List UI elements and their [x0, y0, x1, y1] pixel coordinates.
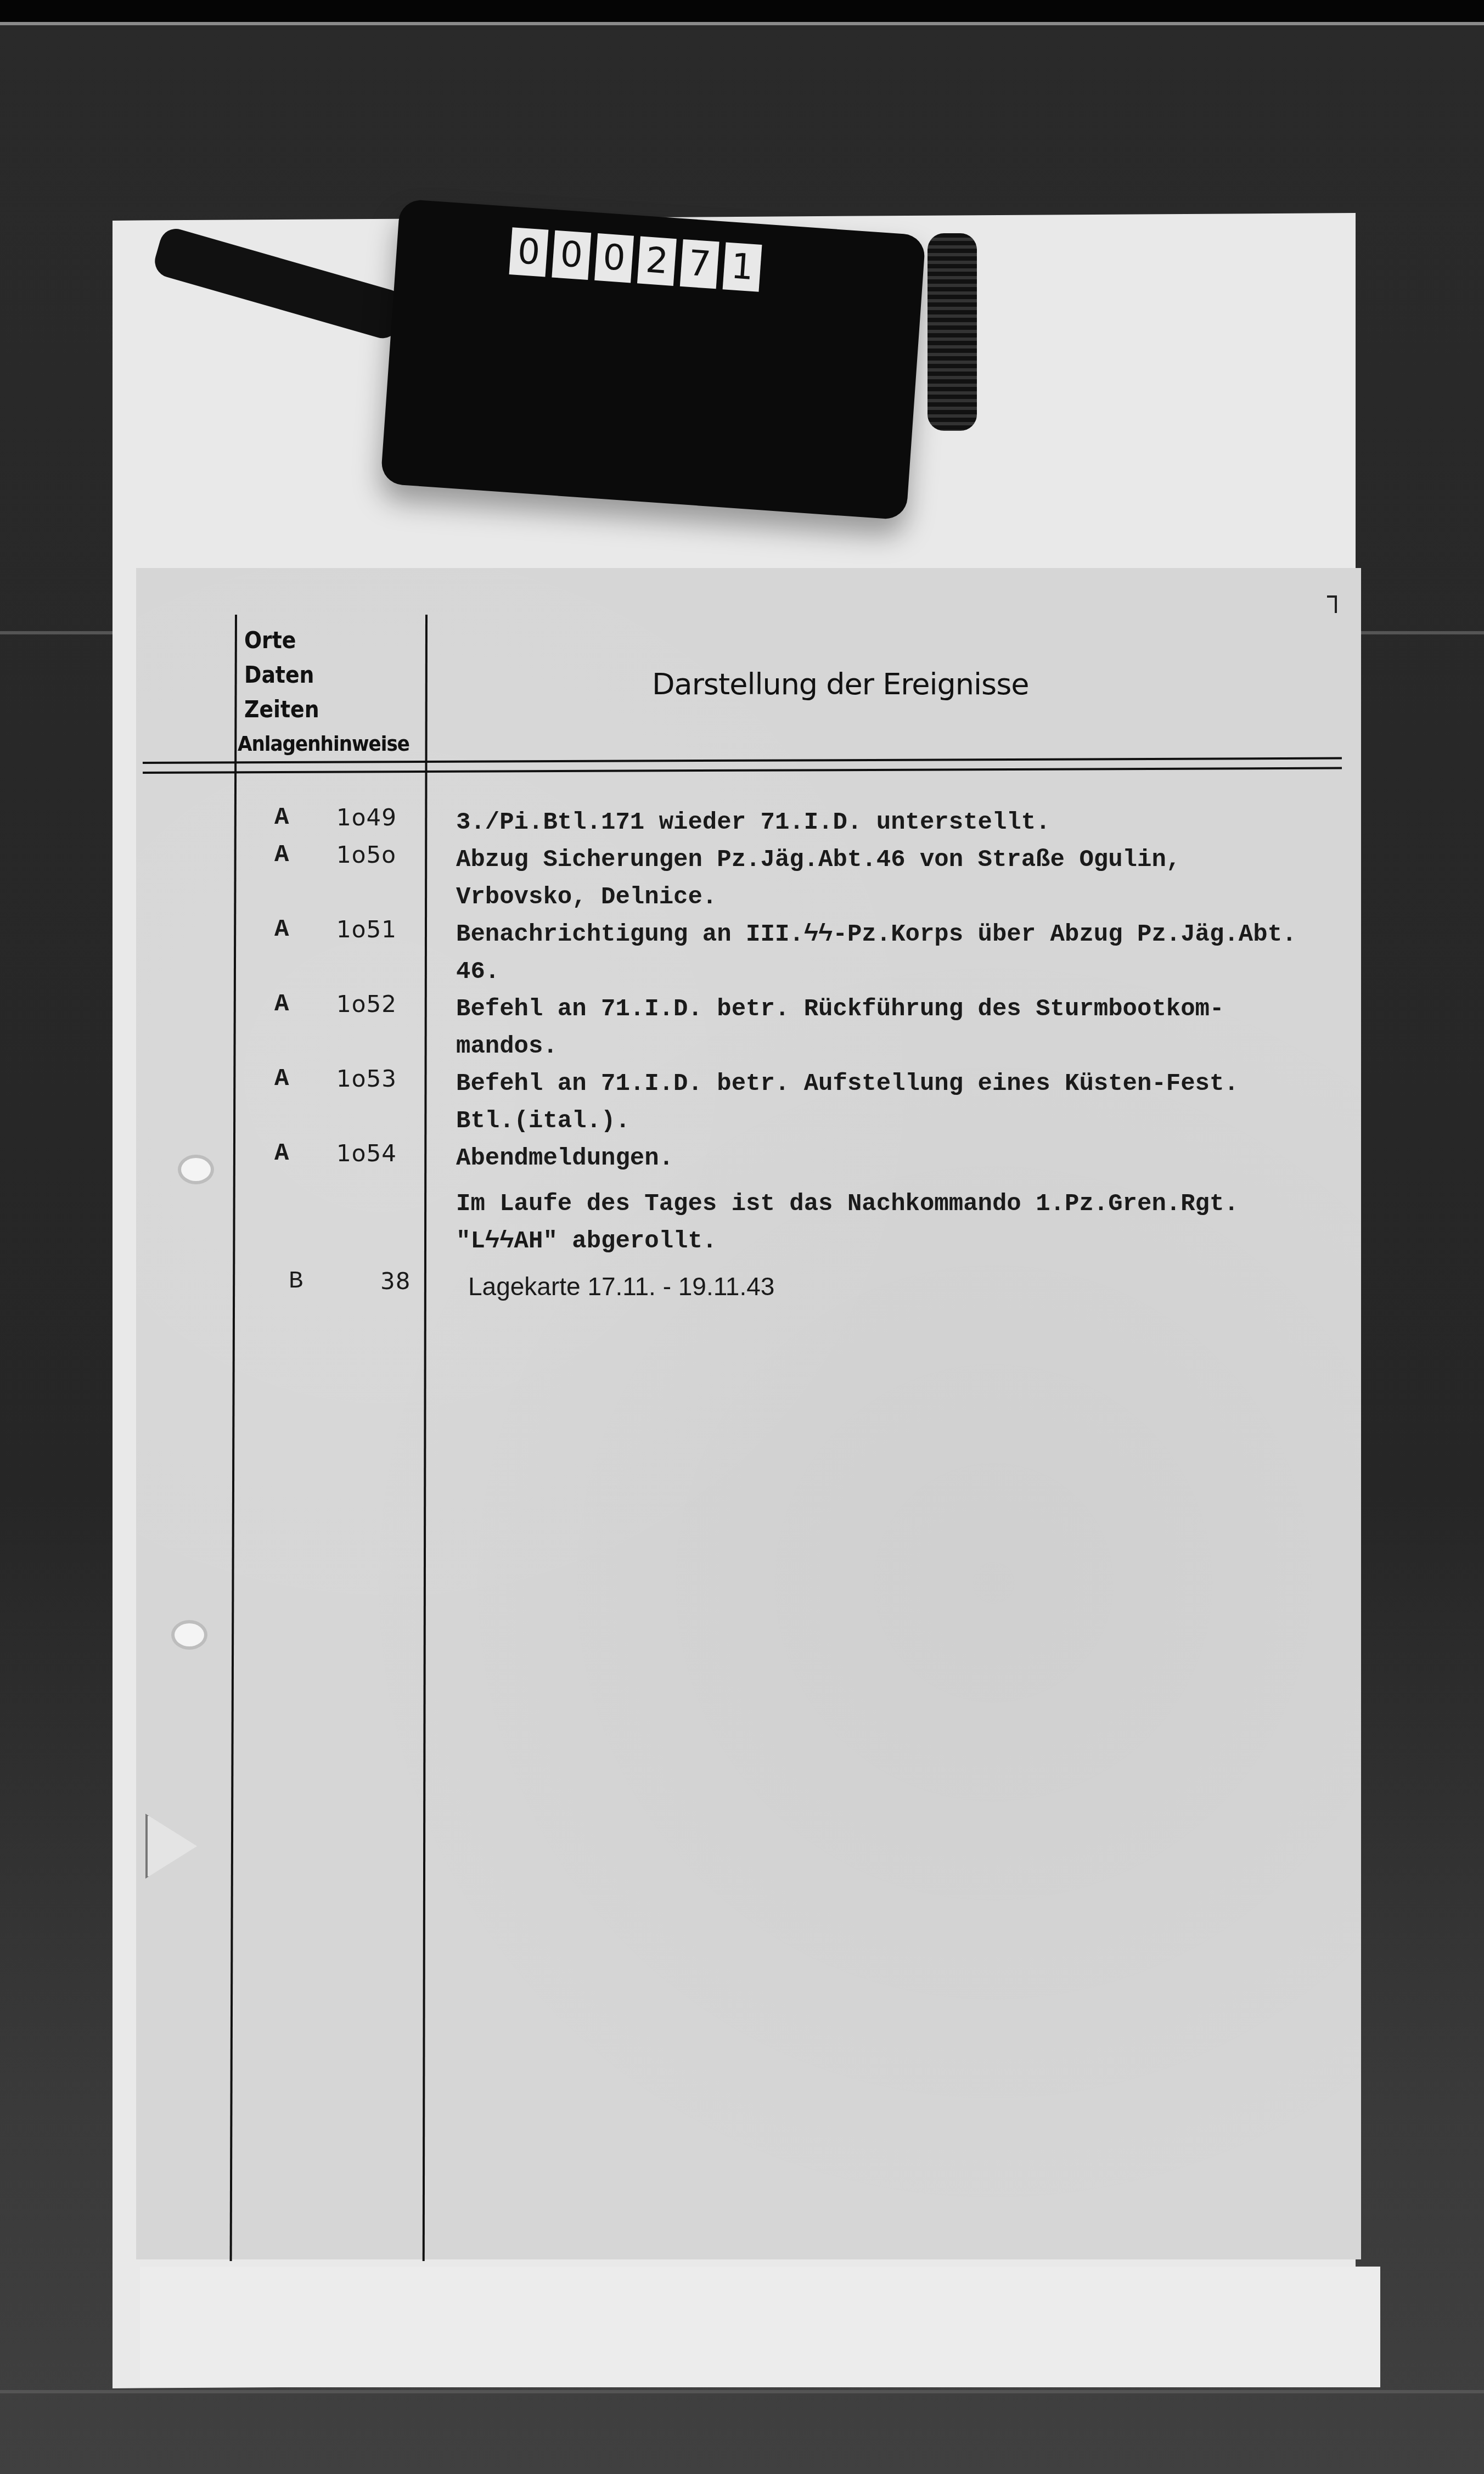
ref-letter: A — [274, 991, 289, 1018]
entry-text: Lagekarte 17.11. - 19.11.43 — [468, 1268, 1346, 1305]
entry-text: Abendmeldungen. — [456, 1140, 1334, 1177]
counter-digit: 0 — [594, 233, 634, 283]
header-left-column: Orte Daten Zeiten Anlagenhinweise — [238, 623, 424, 761]
counter-digit: 2 — [637, 237, 677, 286]
film-strip-top-edge — [0, 0, 1484, 25]
entry-text: Benachrichtigung an III.ϟϟ-Pz.Korps über… — [456, 916, 1334, 991]
entry-text: Befehl an 71.I.D. betr. Aufstellung eine… — [456, 1065, 1334, 1140]
header-label-orte: Orte — [238, 623, 424, 657]
ref-number: 38 — [380, 1268, 411, 1295]
header-label-daten: Daten — [238, 657, 424, 692]
entry-text: 3./Pi.Btl.171 wieder 71.I.D. unterstellt… — [456, 804, 1334, 841]
ref-number: 1o51 — [336, 916, 397, 943]
counter-wheel-icon — [927, 233, 977, 431]
ref-letter: B — [289, 1268, 303, 1295]
film-band — [0, 2390, 1484, 2393]
ref-number: 1o54 — [336, 1140, 397, 1167]
punch-hole — [175, 1623, 204, 1646]
ref-letter: A — [274, 916, 289, 943]
ref-number: 1o5o — [336, 841, 396, 868]
backing-card-bottom — [140, 2267, 1380, 2387]
ref-letter: A — [274, 804, 289, 831]
column-divider-middle — [423, 615, 428, 2261]
counter-digit: 0 — [509, 227, 549, 277]
ref-number: 1o53 — [336, 1065, 397, 1092]
ref-number: 1o52 — [336, 991, 397, 1017]
document-page: Orte Daten Zeiten Anlagenhinweise Darste… — [136, 568, 1361, 2259]
ref-number: 1o49 — [336, 804, 397, 831]
ref-letter: A — [274, 1065, 289, 1093]
header-label-anlagenhinweise: Anlagenhinweise — [238, 727, 424, 761]
counter-digit: 7 — [680, 239, 719, 289]
column-divider-left — [230, 615, 237, 2261]
page-title: Darstellung der Ereignisse — [652, 667, 1029, 701]
corner-mark-icon — [1327, 595, 1337, 613]
punch-hole — [181, 1158, 211, 1181]
counter-digit: 1 — [723, 242, 762, 291]
header-label-zeiten: Zeiten — [238, 692, 424, 727]
entry-text: Abzug Sicherungen Pz.Jäg.Abt.46 von Stra… — [456, 841, 1334, 916]
entry-text: Im Laufe des Tages ist das Nachkommando … — [456, 1185, 1334, 1260]
counter-digit: 0 — [552, 230, 591, 280]
ref-letter: A — [274, 1140, 289, 1167]
entry-text: Befehl an 71.I.D. betr. Rückführung des … — [456, 991, 1334, 1065]
ref-letter: A — [274, 841, 289, 869]
